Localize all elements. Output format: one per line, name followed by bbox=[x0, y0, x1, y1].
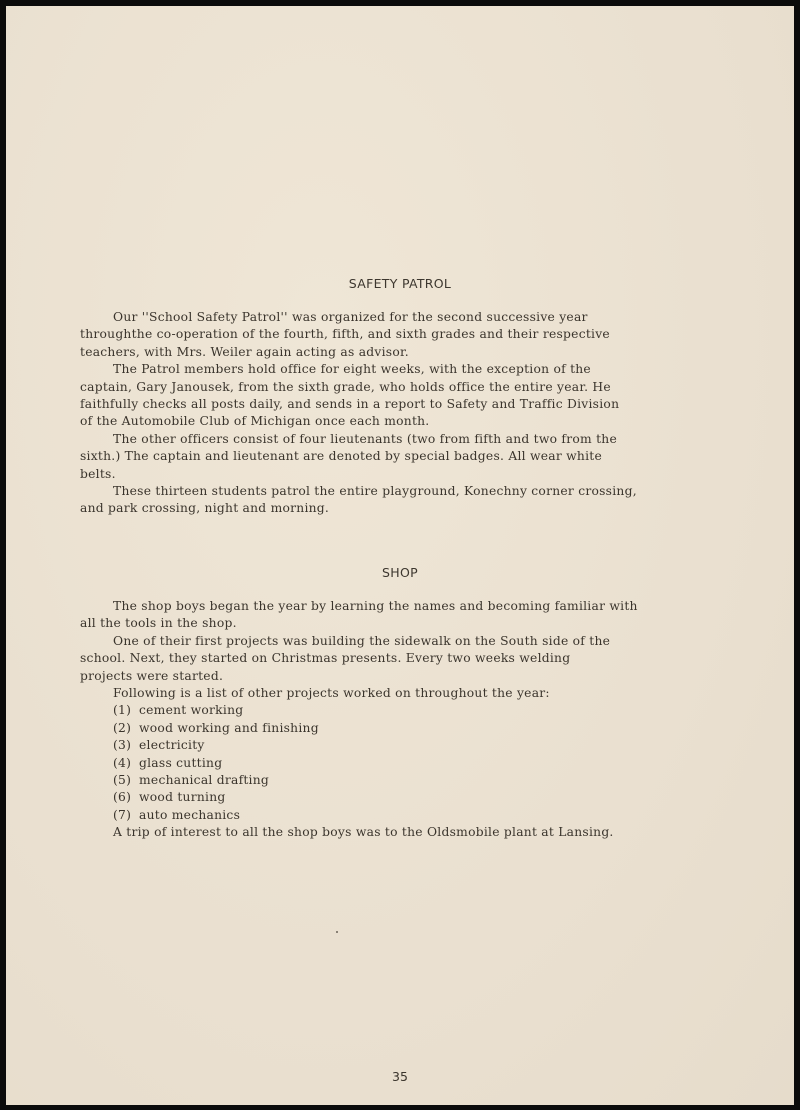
list-item: (6)wood turning bbox=[80, 789, 720, 806]
list-item: (5)mechanical drafting bbox=[80, 772, 720, 789]
list-item: (3)electricity bbox=[80, 737, 720, 754]
text-line: Our ''School Safety Patrol'' was organiz… bbox=[80, 309, 720, 326]
text-line: all the tools in the shop. bbox=[80, 615, 720, 632]
text-line: and park crossing, night and morning. bbox=[80, 500, 720, 517]
list-item-number: (6) bbox=[113, 789, 139, 806]
list-item: (7)auto mechanics bbox=[80, 807, 720, 824]
list-item-number: (5) bbox=[113, 772, 139, 789]
list-item-number: (1) bbox=[113, 702, 139, 719]
page-number: 35 bbox=[6, 1069, 794, 1084]
text-line: captain, Gary Janousek, from the sixth g… bbox=[80, 379, 720, 396]
list-item-number: (2) bbox=[113, 720, 139, 737]
text-line: throughthe co-operation of the fourth, f… bbox=[80, 326, 720, 343]
text-line: One of their first projects was building… bbox=[80, 633, 720, 650]
list-item: (4)glass cutting bbox=[80, 755, 720, 772]
list-item-text: cement working bbox=[139, 703, 243, 717]
list-item-text: wood turning bbox=[139, 790, 226, 804]
safety-patrol-body: Our ''School Safety Patrol'' was organiz… bbox=[80, 309, 720, 518]
closing-line: A trip of interest to all the shop boys … bbox=[80, 824, 720, 841]
text-line: sixth.) The captain and lieutenant are d… bbox=[80, 448, 720, 465]
document-page: SAFETY PATROL Our ''School Safety Patrol… bbox=[6, 6, 794, 1105]
list-item-text: auto mechanics bbox=[139, 808, 240, 822]
text-line: The Patrol members hold office for eight… bbox=[80, 361, 720, 378]
text-line: The shop boys began the year by learning… bbox=[80, 598, 720, 615]
list-item-text: glass cutting bbox=[139, 756, 222, 770]
list-item-text: wood working and finishing bbox=[139, 721, 319, 735]
text-line: teachers, with Mrs. Weiler again acting … bbox=[80, 344, 720, 361]
section-heading-safety-patrol: SAFETY PATROL bbox=[6, 276, 794, 291]
text-line: of the Automobile Club of Michigan once … bbox=[80, 413, 720, 430]
text-line: faithfully checks all posts daily, and s… bbox=[80, 396, 720, 413]
list-item-number: (3) bbox=[113, 737, 139, 754]
text-line: Following is a list of other projects wo… bbox=[80, 685, 720, 702]
list-item-text: electricity bbox=[139, 738, 205, 752]
list-item: (2)wood working and finishing bbox=[80, 720, 720, 737]
text-line: The other officers consist of four lieut… bbox=[80, 431, 720, 448]
list-item: (1)cement working bbox=[80, 702, 720, 719]
paper-speck bbox=[336, 931, 338, 933]
text-line: projects were started. bbox=[80, 668, 720, 685]
text-line: school. Next, they started on Christmas … bbox=[80, 650, 720, 667]
list-item-text: mechanical drafting bbox=[139, 773, 269, 787]
text-line: belts. bbox=[80, 466, 720, 483]
text-line: These thirteen students patrol the entir… bbox=[80, 483, 720, 500]
list-item-number: (7) bbox=[113, 807, 139, 824]
list-item-number: (4) bbox=[113, 755, 139, 772]
shop-body: The shop boys began the year by learning… bbox=[80, 598, 720, 842]
section-heading-shop: SHOP bbox=[6, 565, 794, 580]
